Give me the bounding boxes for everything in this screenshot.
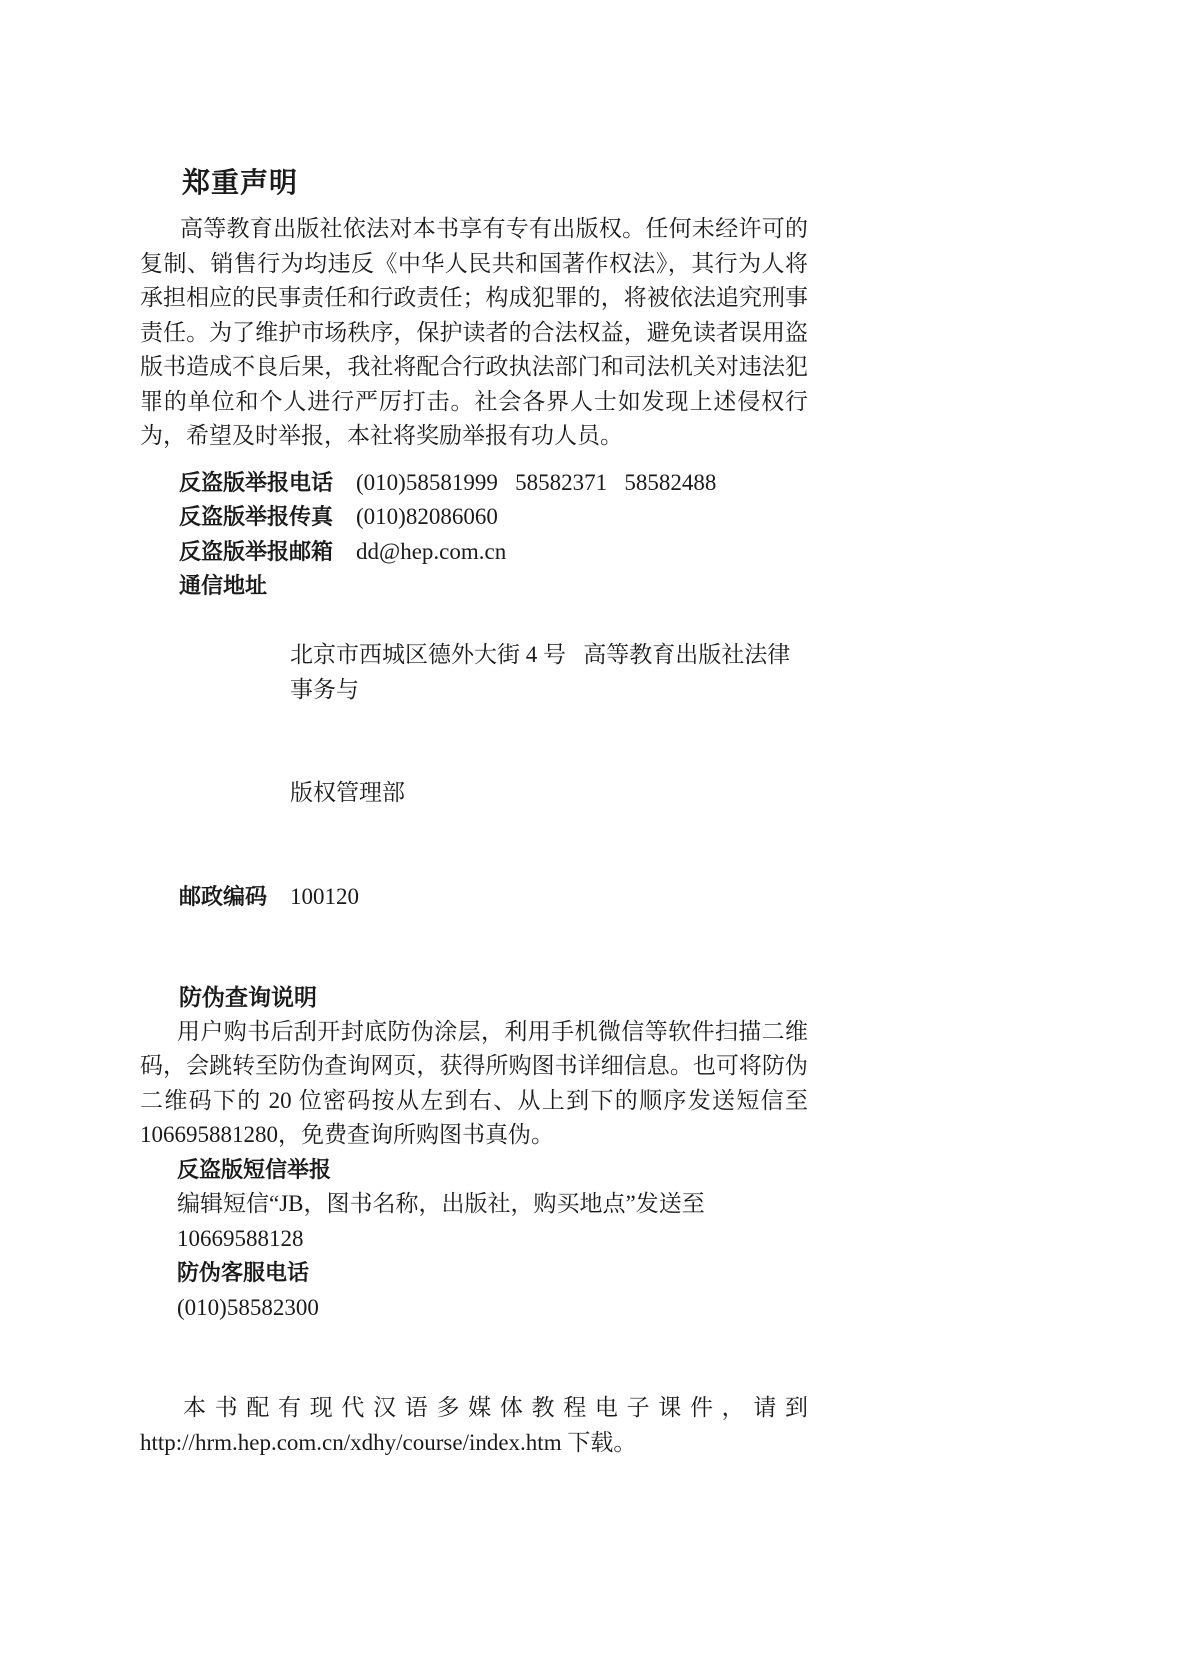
contact-row-report-email: 反盗版举报邮箱 dd@hep.com.cn <box>179 535 808 570</box>
anti-counterfeit-body: 用户购书后刮开封底防伪涂层，利用手机微信等软件扫描二维码，会跳转至防伪查询网页，… <box>140 1015 808 1153</box>
statement-title: 郑重声明 <box>182 166 808 200</box>
piracy-report-contact-list: 反盗版举报电话 (010)58581999 58582371 58582488 … <box>140 466 808 915</box>
anti-counterfeit-section: 防伪查询说明 用户购书后刮开封底防伪涂层，利用手机微信等软件扫描二维码，会跳转至… <box>140 980 808 1325</box>
contact-value-report-email: dd@hep.com.cn <box>356 535 506 570</box>
book-copyright-page: 郑重声明 高等教育出版社依法对本书享有专有出版权。任何未经许可的复制、销售行为均… <box>0 0 1200 1669</box>
contact-row-postal-code: 邮政编码 100120 <box>179 880 808 915</box>
mailing-address-line-2: 版权管理部 <box>290 776 808 811</box>
contact-label-report-fax: 反盗版举报传真 <box>179 500 333 535</box>
contact-row-report-fax: 反盗版举报传真 (010)82086060 <box>179 500 808 535</box>
contact-label-report-phone: 反盗版举报电话 <box>179 466 333 501</box>
contact-row-report-phone: 反盗版举报电话 (010)58581999 58582371 58582488 <box>179 466 808 501</box>
contact-value-mailing-address: 北京市西城区德外大街 4 号 高等教育出版社法律事务与 版权管理部 <box>290 569 808 880</box>
contact-value-report-phone: (010)58581999 58582371 58582488 <box>356 466 716 501</box>
service-phone-label: 防伪客服电话 <box>177 1256 808 1291</box>
sms-report-label: 反盗版短信举报 <box>177 1153 808 1188</box>
contact-value-report-fax: (010)82086060 <box>356 500 498 535</box>
contact-value-postal-code: 100120 <box>290 880 359 915</box>
content-column: 郑重声明 高等教育出版社依法对本书享有专有出版权。任何未经许可的复制、销售行为均… <box>140 166 808 1460</box>
courseware-note: 本书配有现代汉语多媒体教程电子课件，请到 http://hrm.hep.com.… <box>140 1391 808 1460</box>
contact-label-postal-code: 邮政编码 <box>179 880 267 915</box>
contact-label-report-email: 反盗版举报邮箱 <box>179 535 333 570</box>
statement-body: 高等教育出版社依法对本书享有专有出版权。任何未经许可的复制、销售行为均违反《中华… <box>140 212 808 454</box>
mailing-address-line-1: 北京市西城区德外大街 4 号 高等教育出版社法律事务与 <box>290 638 808 707</box>
contact-row-mailing-address: 通信地址 北京市西城区德外大街 4 号 高等教育出版社法律事务与 版权管理部 <box>179 569 808 880</box>
sms-report-instruction: 编辑短信“JB，图书名称，出版社，购买地点”发送至 10669588128 <box>177 1187 808 1256</box>
sms-report-block: 反盗版短信举报 编辑短信“JB，图书名称，出版社，购买地点”发送至 106695… <box>140 1153 808 1326</box>
anti-counterfeit-title: 防伪查询说明 <box>179 980 808 1015</box>
service-phone-number: (010)58582300 <box>177 1291 808 1326</box>
contact-label-mailing-address: 通信地址 <box>179 569 267 604</box>
